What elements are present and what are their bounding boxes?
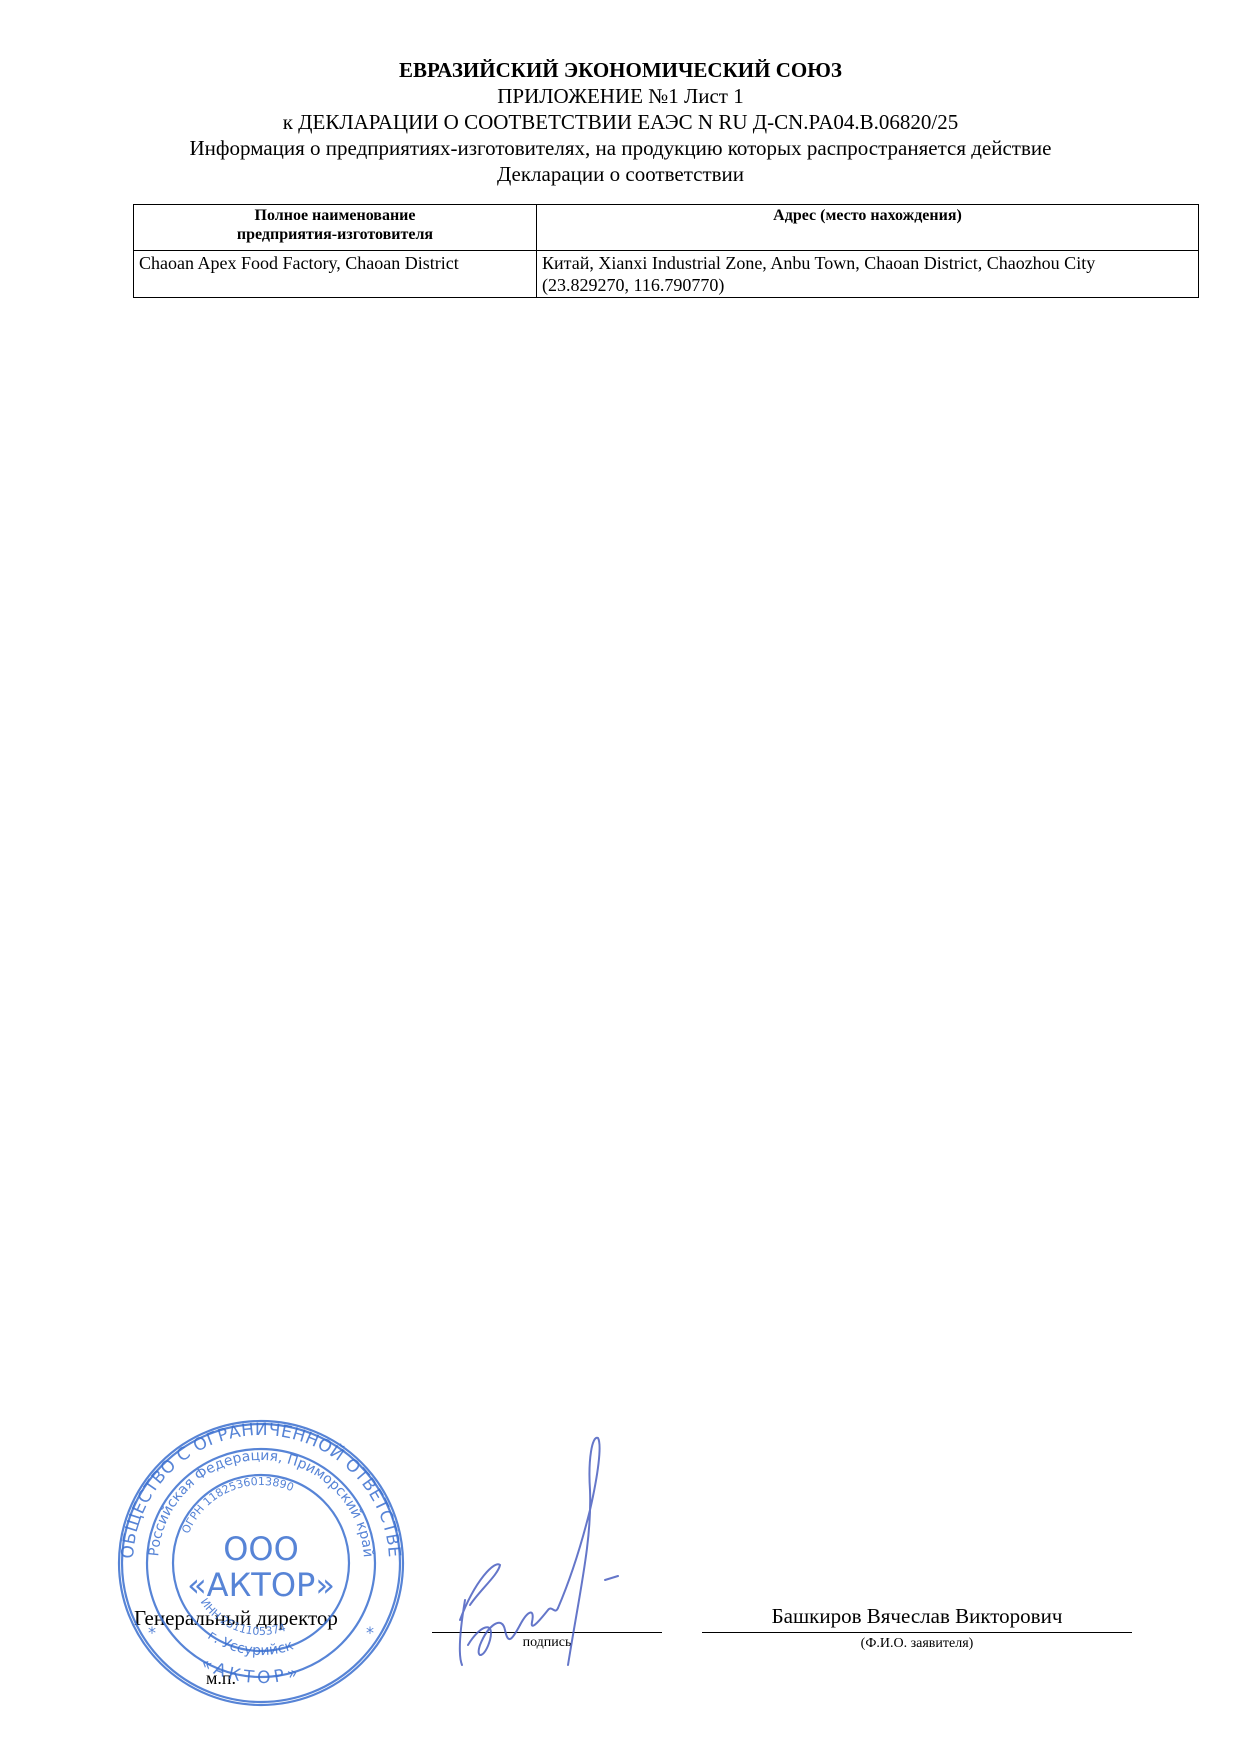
- applicant-name: Башкиров Вячеслав Викторович: [702, 1604, 1132, 1629]
- svg-text:*: *: [366, 1623, 374, 1642]
- svg-text:*: *: [148, 1623, 156, 1642]
- info-line-2: Декларации о соответствии: [0, 161, 1241, 187]
- declaration-number: к ДЕКЛАРАЦИИ О СООТВЕТСТВИИ ЕАЭС N RU Д-…: [0, 109, 1241, 135]
- manufacturer-address: Китай, Xianxi Industrial Zone, Anbu Town…: [537, 251, 1199, 298]
- appendix-title: ПРИЛОЖЕНИЕ №1 Лист 1: [0, 83, 1241, 109]
- column-header-name: Полное наименование предприятия-изготови…: [134, 205, 537, 251]
- applicant-name-line: [702, 1632, 1132, 1633]
- column-header-address: Адрес (место нахождения): [537, 205, 1199, 251]
- manufacturer-name: Chaoan Apex Food Factory, Chaoan Distric…: [134, 251, 537, 298]
- table-header-row: Полное наименование предприятия-изготови…: [134, 205, 1199, 251]
- table-row: Chaoan Apex Food Factory, Chaoan Distric…: [134, 251, 1199, 298]
- svg-text:«АКТОР»: «АКТОР»: [187, 1566, 335, 1604]
- svg-text:ООО: ООО: [223, 1530, 299, 1568]
- info-line-1: Информация о предприятиях-изготовителях,…: [0, 135, 1241, 161]
- manufacturers-table: Полное наименование предприятия-изготови…: [133, 204, 1199, 298]
- company-seal-icon: ОБЩЕСТВО С ОГРАНИЧЕННОЙ ОТВЕТСТВЕННОСТЬЮ…: [116, 1418, 406, 1708]
- handwritten-signature-icon: [440, 1430, 650, 1670]
- union-title: ЕВРАЗИЙСКИЙ ЭКОНОМИЧЕСКИЙ СОЮЗ: [0, 57, 1241, 83]
- applicant-caption: (Ф.И.О. заявителя): [702, 1636, 1132, 1652]
